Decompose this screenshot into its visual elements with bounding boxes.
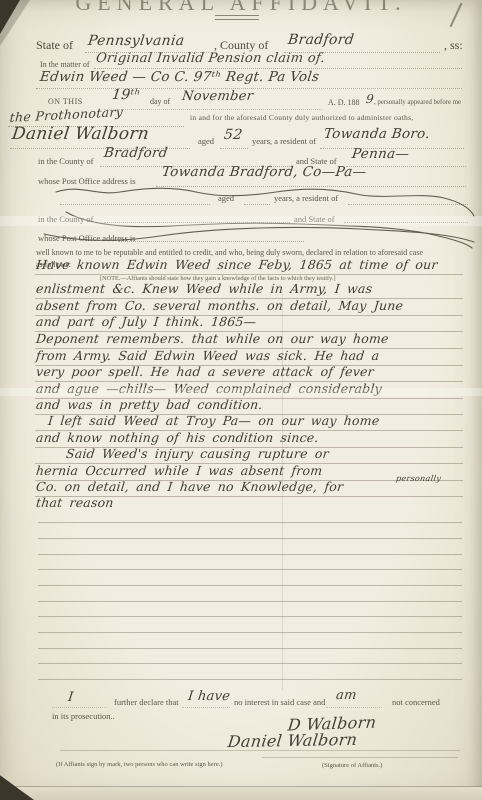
state-value-handwritten: Pennsylvania: [87, 33, 185, 49]
declaration-line2: in its prosecution..: [52, 711, 115, 721]
page-title: GENERAL AFFIDAVIT.: [0, 0, 482, 16]
blank-ruled-line: [38, 538, 462, 539]
blank-ruled-line: [38, 569, 462, 570]
signature-rule: [60, 750, 460, 751]
state-label: State of: [36, 38, 73, 53]
aged-label: aged: [198, 136, 214, 146]
residence-handwritten: Towanda Boro.: [323, 126, 431, 142]
blank-ruled-line: [38, 632, 462, 633]
county-value-handwritten: Bradford: [287, 32, 355, 48]
blank-ruled-line: [38, 554, 462, 555]
blank-ruled-line: [38, 648, 462, 649]
age-handwritten: 52: [223, 127, 243, 143]
underline: [220, 148, 248, 149]
day-handwritten: 19ᵗʰ: [111, 87, 141, 103]
day-of-label: day of: [150, 97, 170, 106]
signature-label-rule: [262, 757, 458, 758]
testimony-line: Have known Edwin Weed since Feby, 1865 a…: [35, 257, 465, 275]
declaration-i-handwritten: I: [67, 690, 74, 705]
matter-label: In the matter of: [40, 60, 90, 69]
testimony-line: I left said Weed at Troy Pa— on our way …: [35, 413, 465, 431]
ad-label: A. D. 188: [328, 98, 360, 107]
on-this-label: ON THIS: [48, 97, 83, 106]
ss-label: , ss:: [444, 38, 463, 53]
po-address-handwritten: Towanda Bradford, Co—Pa—: [161, 164, 367, 180]
testimony-line: Said Weed's injury causing rupture or: [35, 446, 465, 464]
underline: [104, 109, 322, 110]
signature-line2-handwritten: Daniel Walborn: [227, 730, 359, 751]
blank-ruled-line: [38, 601, 462, 602]
resident-label: years, a resident of: [252, 136, 316, 146]
matter-line2-handwritten: Edwin Weed — Co C. 97ᵗʰ Regt. Pa Vols: [39, 69, 320, 85]
affiant-name-handwritten: Daniel Walborn: [11, 124, 150, 144]
testimony-line: and part of July I think. 1865—: [35, 314, 465, 332]
scan-streak: [0, 216, 482, 226]
testimony-line: enlistment &c. Knew Weed while in Army, …: [35, 281, 465, 299]
month-handwritten: November: [181, 89, 254, 104]
matter-line1-handwritten: Original Invalid Pension claim of.: [95, 51, 326, 66]
blank-ruled-line: [38, 616, 462, 617]
testimony-line: Deponent remembers. that while on our wa…: [35, 331, 465, 349]
declaration-am-handwritten: am: [335, 688, 358, 703]
affiant-county-handwritten: Bradford: [103, 145, 169, 161]
officer-handwritten: the Prothonotary: [9, 104, 123, 125]
declaration-ihave-handwritten: I have: [187, 689, 231, 704]
affidavit-page: GENERAL AFFIDAVIT. State of Pennsylvania…: [0, 0, 482, 800]
affiant-state-handwritten: Penna—: [351, 146, 410, 162]
underline: [326, 707, 382, 708]
fold-line: [282, 290, 283, 690]
testimony-line: very poor spell. He had a severe attack …: [35, 364, 465, 382]
mark-note-label: (If Affiants sign by mark, two persons w…: [56, 761, 223, 768]
underline: [52, 707, 107, 708]
declaration-label2: no interest in said case and: [234, 697, 325, 707]
underline: [182, 707, 230, 708]
paper-bottom-strip: [0, 787, 482, 800]
blank-ruled-line: [38, 679, 462, 680]
testimony-insert-word: personally: [395, 474, 441, 483]
appeared-label: , personally appeared before me: [374, 99, 461, 106]
declaration-label1: further declare that: [114, 697, 179, 707]
blank-ruled-line: [38, 522, 462, 523]
signature-of-affiants-label: (Signature of Affiants.): [322, 762, 382, 769]
in-county-label: in the County of: [38, 156, 93, 166]
title-divider: [215, 15, 259, 20]
officer-printed-label: in and for the aforesaid County duly aut…: [190, 113, 413, 122]
blank-ruled-line: [38, 585, 462, 586]
declaration-label3: not concerned: [392, 697, 440, 707]
blank-ruled-line: [38, 663, 462, 664]
scan-streak: [0, 388, 482, 396]
testimony-line: that reason: [35, 495, 465, 512]
sworn-text-line1: well known to me to be reputable and ent…: [36, 248, 423, 257]
